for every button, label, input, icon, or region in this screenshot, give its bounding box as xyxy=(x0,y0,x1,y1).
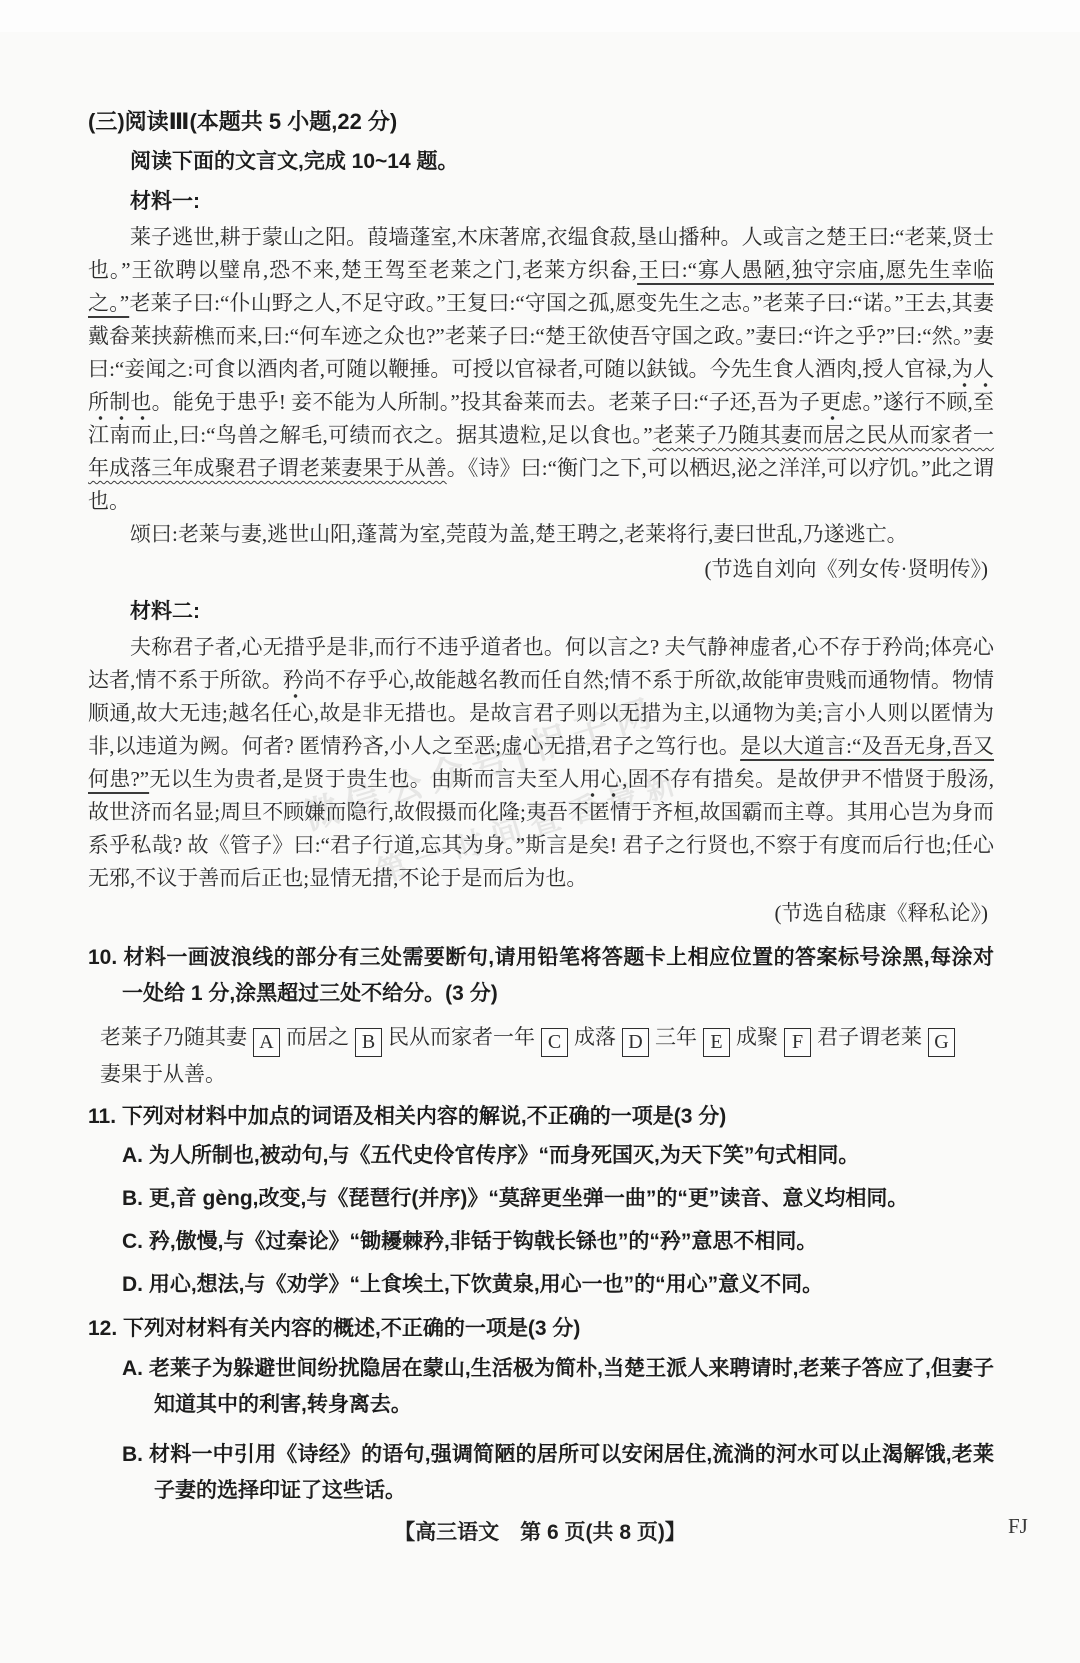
answer-letter-box-c[interactable]: C xyxy=(541,1028,568,1057)
answer-letter-box-f[interactable]: F xyxy=(784,1028,811,1057)
answer-letter-box-d[interactable]: D xyxy=(622,1028,649,1057)
question-11-option-a[interactable]: A. 为人所制也,被动句,与《五代史伶官传序》“而身死国灭,为天下笑”句式相同。 xyxy=(122,1139,994,1172)
text-segment-dots: 用心 xyxy=(580,767,622,798)
material1-label: 材料一: xyxy=(88,186,994,218)
question-12-stem: 下列对材料有关内容的概述,不正确的一项是(3 分) xyxy=(123,1317,580,1340)
section-title: (三)阅读Ⅲ(本题共 5 小题,22 分) xyxy=(88,106,994,138)
question-11-option-d[interactable]: D. 用心,想法,与《劝学》“上食埃土,下饮黄泉,用心一也”的“用心”意义不同。 xyxy=(122,1268,994,1301)
question-10: 10. 材料一画波浪线的部分有三处需要断句,请用铅笔将答题卡上相应位置的答案标号… xyxy=(88,940,994,1012)
question-12-option-b[interactable]: B. 材料一中引用《诗经》的语句,强调简陋的居所可以安闲居住,流淌的河水可以止渴… xyxy=(122,1437,994,1509)
question-11-option-c[interactable]: C. 矜,傲慢,与《过秦论》“锄耰棘矜,非铦于钩戟长铩也”的“矜”意思不相同。 xyxy=(122,1225,994,1258)
question-10-sentence-tail: 妻果于从善。 xyxy=(100,1058,994,1091)
exam-page: 微信公众号|相子网 第一时间查看最新 (三)阅读Ⅲ(本题共 5 小题,22 分)… xyxy=(0,0,1080,1663)
material2-source: (节选自嵇康《释私论》) xyxy=(88,897,994,930)
text-segment-plain: 老莱子乃随其妻 xyxy=(100,1025,247,1049)
text-segment-dots: 更 xyxy=(820,390,841,421)
question-10-number: 10. xyxy=(88,946,117,969)
page-content: (三)阅读Ⅲ(本题共 5 小题,22 分) 阅读下面的文言文,完成 10~14 … xyxy=(88,106,994,1523)
material2-label: 材料二: xyxy=(88,596,994,628)
footer-page-info: 【高三语文 第 6 页(共 8 页)】 xyxy=(394,1521,686,1544)
text-segment-dots: 矜 xyxy=(283,668,304,699)
question-12-option-a[interactable]: A. 老莱子为躲避世间纷扰隐居在蒙山,生活极为简朴,当楚王派人来聘请时,老莱子答… xyxy=(122,1351,994,1423)
footer-exam-code: FJ xyxy=(1008,1514,1028,1539)
text-segment-plain: 三年 xyxy=(655,1025,697,1049)
text-segment-plain: 民从而家者一年 xyxy=(388,1025,535,1049)
answer-letter-box-b[interactable]: B xyxy=(355,1028,382,1057)
material1-paragraph: 莱子逃世,耕于蒙山之阳。葭墙蓬室,木床著席,衣缊食菽,垦山播种。人或言之楚王曰:… xyxy=(88,221,994,518)
reading-instruction: 阅读下面的文言文,完成 10~14 题。 xyxy=(88,146,994,178)
text-segment-plain: 成落 xyxy=(574,1025,616,1049)
material1-source: (节选自刘向《列女传·贤明传》) xyxy=(88,553,994,586)
question-11-stem: 下列对材料中加点的词语及相关内容的解说,不正确的一项是(3 分) xyxy=(122,1105,726,1128)
text-segment-plain: 而居之 xyxy=(286,1025,349,1049)
answer-letter-box-g[interactable]: G xyxy=(928,1028,955,1057)
text-segment-plain: 君子谓老莱 xyxy=(817,1025,922,1049)
question-10-stem: 材料一画波浪线的部分有三处需要断句,请用铅笔将答题卡上相应位置的答案标号涂黑,每… xyxy=(122,946,994,1005)
material2-paragraph: 夫称君子者,心无措乎是非,而行不违乎道者也。何以言之? 夫气静神虚者,心不存于矜… xyxy=(88,631,994,895)
question-12-number: 12. xyxy=(88,1317,117,1340)
question-11-option-b[interactable]: B. 更,音 gèng,改变,与《琵琶行(并序)》“莫辞更坐弹一曲”的“更”读音… xyxy=(122,1182,994,1215)
answer-letter-box-e[interactable]: E xyxy=(703,1028,730,1057)
material1-verse: 颂曰:老莱与妻,逃世山阳,蓬蒿为室,莞葭为盖,楚王聘之,老莱将行,妻曰世乱,乃遂… xyxy=(88,518,994,551)
question-12: 12. 下列对材料有关内容的概述,不正确的一项是(3 分) xyxy=(88,1311,994,1347)
question-10-sentence: 老莱子乃随其妻A而居之B民从而家者一年C成落D三年E成聚F君子谓老莱G xyxy=(100,1016,994,1058)
question-11-number: 11. xyxy=(88,1105,116,1128)
page-footer: 【高三语文 第 6 页(共 8 页)】 xyxy=(0,1516,1080,1546)
text-segment-plain: 无以生为贵者,是贤于贵生也。由斯而言夫至人 xyxy=(149,767,580,791)
text-segment-plain: 。能免于患乎! 妾不能为人所制。”投其畚莱而去。老莱子曰:“子还,吾为子 xyxy=(152,390,820,414)
answer-letter-box-a[interactable]: A xyxy=(253,1028,280,1057)
text-segment-plain: 成聚 xyxy=(736,1025,778,1049)
question-11: 11. 下列对材料中加点的词语及相关内容的解说,不正确的一项是(3 分) xyxy=(88,1099,994,1135)
text-segment-plain: 老莱子曰:“仆山野之人,不足守政。”王复曰:“守国之孤,愿变先生之志。”老莱子曰… xyxy=(88,291,994,381)
